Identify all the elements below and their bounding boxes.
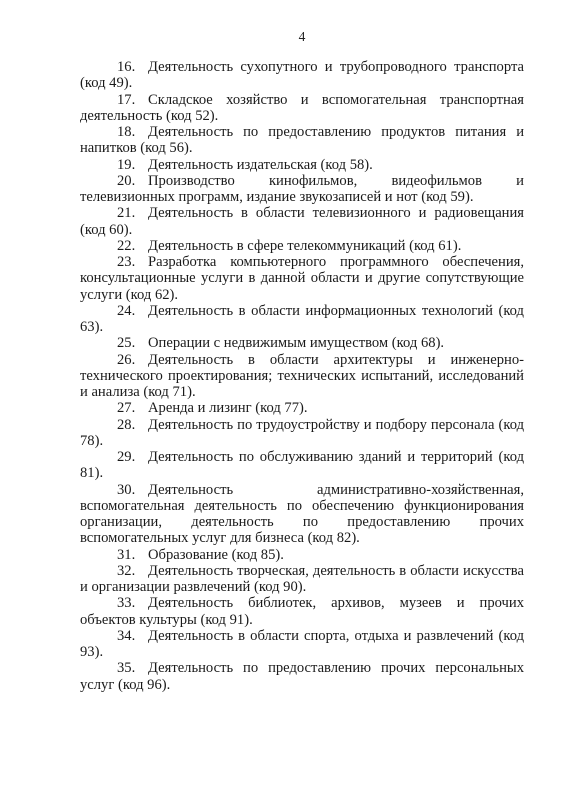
item-number: 24. xyxy=(117,303,148,319)
item-number: 27. xyxy=(117,400,148,416)
page-number: 4 xyxy=(0,29,565,45)
list-item: 24.Деятельность в области информационных… xyxy=(80,303,524,336)
item-number: 26. xyxy=(117,352,148,368)
list-item: 19.Деятельность издательская (код 58). xyxy=(80,157,524,173)
list-item: 25.Операции с недвижимым имуществом (код… xyxy=(80,335,524,351)
list-item: 16.Деятельность сухопутного и трубопрово… xyxy=(80,59,524,92)
item-number: 25. xyxy=(117,335,148,351)
item-text: Операции с недвижимым имуществом (код 68… xyxy=(148,335,444,351)
list-item: 21.Деятельность в области телевизионного… xyxy=(80,205,524,238)
item-number: 29. xyxy=(117,449,148,465)
item-number: 23. xyxy=(117,254,148,270)
item-text: Деятельность издательская (код 58). xyxy=(148,157,373,173)
list-item: 30.Деятельность административно-хозяйств… xyxy=(80,482,524,547)
item-number: 34. xyxy=(117,628,148,644)
document-page: 4 16.Деятельность сухопутного и трубопро… xyxy=(0,0,565,800)
item-number: 32. xyxy=(117,563,148,579)
item-number: 30. xyxy=(117,482,148,498)
list-item: 34.Деятельность в области спорта, отдыха… xyxy=(80,628,524,661)
item-number: 17. xyxy=(117,92,148,108)
list-item: 18.Деятельность по предоставлению продук… xyxy=(80,124,524,157)
list-item: 17.Складское хозяйство и вспомогательная… xyxy=(80,92,524,125)
item-number: 33. xyxy=(117,595,148,611)
list-item: 22.Деятельность в сфере телекоммуникаций… xyxy=(80,238,524,254)
list-item: 33.Деятельность библиотек, архивов, музе… xyxy=(80,595,524,628)
list-item: 29.Деятельность по обслуживанию зданий и… xyxy=(80,449,524,482)
list-item: 28.Деятельность по трудоустройству и под… xyxy=(80,417,524,450)
item-number: 16. xyxy=(117,59,148,75)
list-item: 26.Деятельность в области архитектуры и … xyxy=(80,352,524,401)
item-number: 21. xyxy=(117,205,148,221)
item-number: 20. xyxy=(117,173,148,189)
list-item: 32.Деятельность творческая, деятельность… xyxy=(80,563,524,596)
list-item: 35.Деятельность по предоставлению прочих… xyxy=(80,660,524,693)
item-text: Аренда и лизинг (код 77). xyxy=(148,400,308,416)
item-number: 22. xyxy=(117,238,148,254)
list-item: 31.Образование (код 85). xyxy=(80,547,524,563)
item-number: 19. xyxy=(117,157,148,173)
list-item: 23.Разработка компьютерного программного… xyxy=(80,254,524,303)
item-text: Деятельность в сфере телекоммуникаций (к… xyxy=(148,238,461,254)
item-text: Образование (код 85). xyxy=(148,547,284,563)
item-number: 18. xyxy=(117,124,148,140)
item-number: 28. xyxy=(117,417,148,433)
list-item: 27.Аренда и лизинг (код 77). xyxy=(80,400,524,416)
activity-list: 16.Деятельность сухопутного и трубопрово… xyxy=(80,59,524,693)
list-item: 20.Производство кинофильмов, видеофильмо… xyxy=(80,173,524,206)
item-number: 31. xyxy=(117,547,148,563)
item-number: 35. xyxy=(117,660,148,676)
